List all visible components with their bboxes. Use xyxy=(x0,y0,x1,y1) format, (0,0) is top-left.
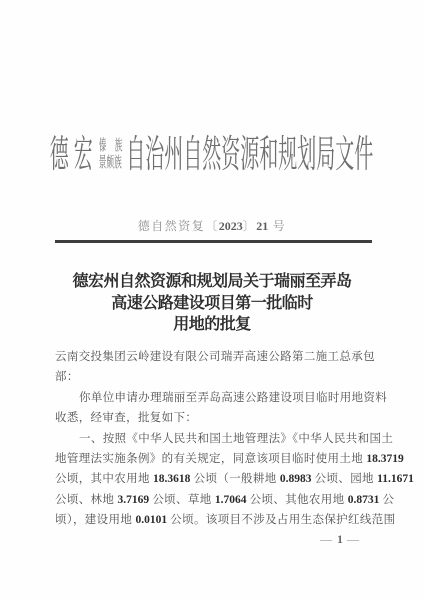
document-body: 云南交投集团云岭建设有限公司瑞弄高速公路第二施工总承包部：你单位申请办理瑞丽至弄… xyxy=(55,347,377,531)
document-title: 德宏州自然资源和规划局关于瑞丽至弄岛高速公路建设项目第一批临时用地的批复 xyxy=(0,271,424,336)
body-line: 公顷，其中农用地 18.3618 公顷（一般耕地 0.8983 公顷、园地 11… xyxy=(55,469,377,489)
ethnic-name-top: 傣族 xyxy=(99,138,123,155)
title-line: 用地的批复 xyxy=(0,314,424,336)
scanned-document-page: 德宏 傣族 景颇族 自治州自然资源和规划局文件 德自然资复〔2023〕21 号 … xyxy=(0,0,424,600)
body-line: 收悉，经审查，批复如下： xyxy=(55,408,377,428)
body-line: 云南交投集团云岭建设有限公司瑞弄高速公路第二施工总承包 xyxy=(55,347,377,367)
agency-letterhead-text: 德宏 傣族 景颇族 自治州自然资源和规划局文件 xyxy=(50,136,374,174)
body-line: 你单位申请办理瑞丽至弄岛高速公路建设项目临时用地资料 xyxy=(55,388,377,408)
document-number: 德自然资复〔2023〕21 号 xyxy=(0,217,424,234)
body-line: 公顷、林地 3.7169 公顷、草地 1.7064 公顷、其他农用地 0.873… xyxy=(55,490,377,510)
title-line: 德宏州自然资源和规划局关于瑞丽至弄岛 xyxy=(0,271,424,293)
body-line: 一、按照《中华人民共和国土地管理法》《中华人民共和国土 xyxy=(55,429,377,449)
body-line: 地管理法实施条例》的有关规定，同意该项目临时使用土地 18.3719 xyxy=(55,449,377,469)
letterhead-suffix: 自治州自然资源和规划局文件 xyxy=(127,136,374,174)
separator-line xyxy=(55,240,372,243)
title-line: 高速公路建设项目第一批临时 xyxy=(0,293,424,315)
page-number: — 1 — xyxy=(320,532,360,547)
agency-letterhead: 德宏 傣族 景颇族 自治州自然资源和规划局文件 xyxy=(0,130,424,180)
ethnic-name-stack: 傣族 景颇族 xyxy=(99,138,123,172)
body-line: 部： xyxy=(55,367,377,387)
letterhead-prefix: 德宏 xyxy=(50,136,98,174)
body-line: 顷），建设用地 0.0101 公顷。该项目不涉及占用生态保护红线范围 xyxy=(55,510,377,530)
ethnic-name-bottom: 景颇族 xyxy=(99,155,123,172)
